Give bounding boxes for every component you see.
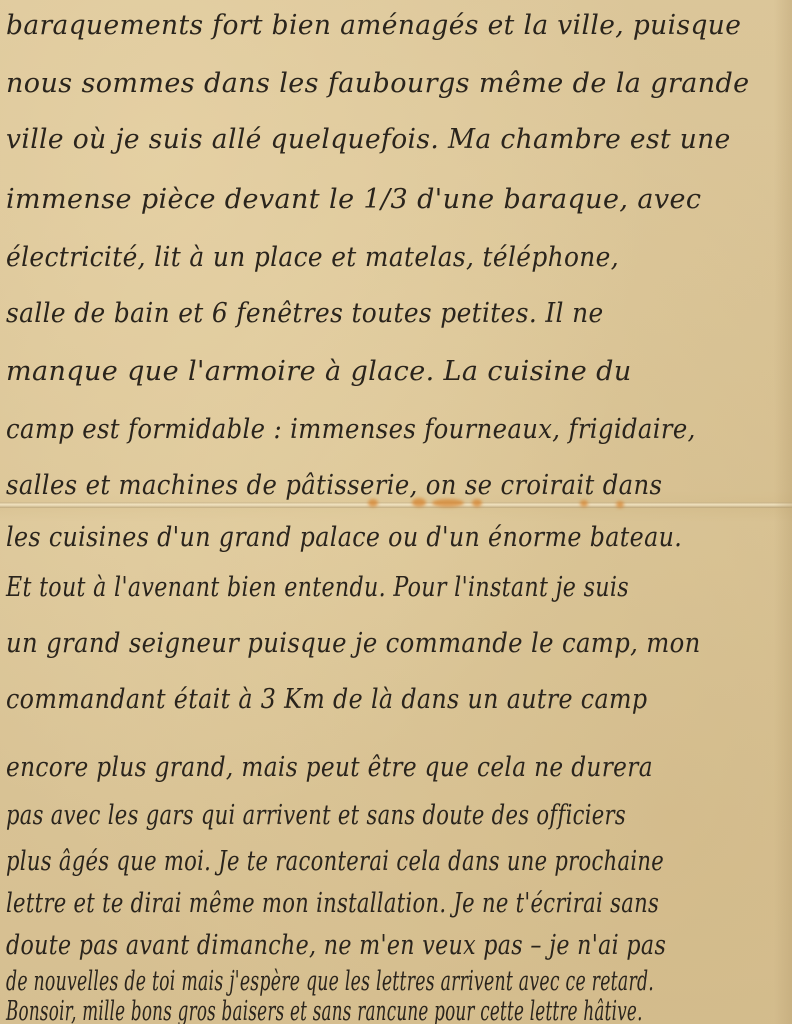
text-line: Et tout à l'avenant bien entendu. Pour l… xyxy=(6,572,629,603)
text-line: salles et machines de pâtisserie, on se … xyxy=(6,470,662,501)
text-line: manque que l'armoire à glace. La cuisine… xyxy=(6,356,632,387)
text-line: nous sommes dans les faubourgs même de l… xyxy=(6,68,750,99)
text-line: les cuisines d'un grand palace ou d'un é… xyxy=(6,522,682,553)
text-line: salle de bain et 6 fenêtres toutes petit… xyxy=(6,298,604,329)
letter-page: baraquements fort bien aménagés et la vi… xyxy=(0,0,792,1024)
text-line: encore plus grand, mais peut être que ce… xyxy=(6,752,653,783)
text-line: commandant était à 3 Km de là dans un au… xyxy=(6,684,647,715)
text-line: baraquements fort bien aménagés et la vi… xyxy=(6,10,741,41)
text-line: un grand seigneur puisque je commande le… xyxy=(6,628,701,659)
text-line: électricité, lit à un place et matelas, … xyxy=(6,242,619,273)
text-line: camp est formidable : immenses fourneaux… xyxy=(6,414,696,445)
text-line: plus âgés que moi. Je te raconterai cela… xyxy=(6,846,664,877)
text-line: pas avec les gars qui arrivent et sans d… xyxy=(6,800,626,831)
text-line: de nouvelles de toi mais j'espère que le… xyxy=(6,966,654,997)
text-line: Bonsoir, mille bons gros baisers et sans… xyxy=(6,996,643,1024)
text-line: immense pièce devant le 1/3 d'une baraqu… xyxy=(6,184,701,215)
text-line: doute pas avant dimanche, ne m'en veux p… xyxy=(6,930,666,961)
text-line: lettre et te dirai même mon installation… xyxy=(6,888,659,919)
handwritten-text-body: baraquements fort bien aménagés et la vi… xyxy=(0,0,792,1024)
text-line: ville où je suis allé quelquefois. Ma ch… xyxy=(6,124,731,155)
